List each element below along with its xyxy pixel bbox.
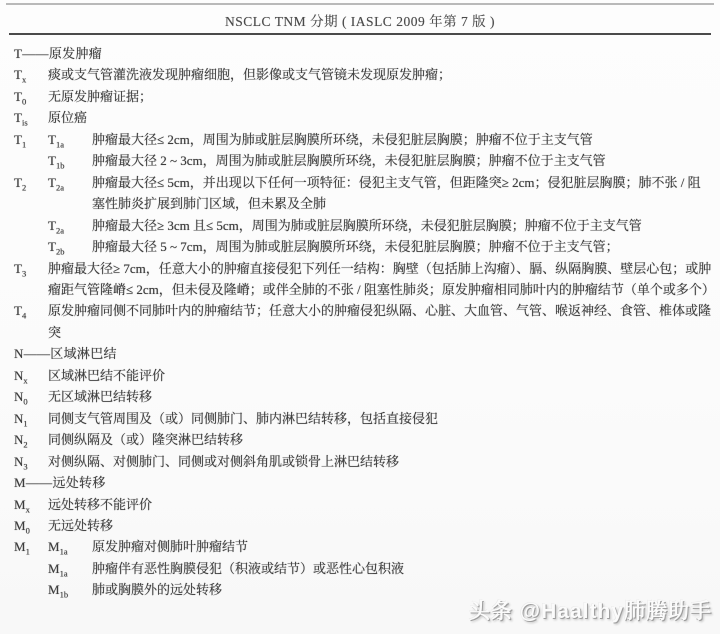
tnm-code-sub: 2 (22, 182, 26, 192)
tnm-code-sub: 3 (23, 461, 27, 471)
tnm-subcode: T2a (48, 215, 92, 236)
row-text: 肿瘤最大径≤ 2cm，周围为肺或脏层胸膜所环绕，未侵犯脏层胸膜；肿瘤不位于主支气… (92, 129, 712, 150)
tnm-code: T0 (14, 86, 48, 107)
tnm-subcode-sub: 1a (60, 568, 68, 578)
tnm-code-sub: is (22, 118, 28, 128)
tnm-code-sub: x (22, 75, 26, 85)
tnm-code: N1 (14, 408, 48, 429)
tnm-subcode-sub: 2a (56, 225, 64, 235)
tnm-code-sub: 1 (22, 139, 26, 149)
table-row: T4原发肿瘤同侧不同肺叶内的肿瘤结节；任意大小的肿瘤侵犯纵隔、心脏、大血管、气管… (14, 300, 712, 343)
section-row: M——远处转移 (14, 472, 712, 493)
tnm-subcode: T1b (48, 150, 92, 171)
tnm-code: T1 (14, 129, 48, 150)
row-text: 肿瘤最大径≤ 5cm，并出现以下任何一项特征：侵犯主支气管，但距隆突≥ 2cm；… (92, 172, 712, 215)
top-rule (6, 3, 714, 5)
row-text: 肿瘤最大径≥ 3cm 且≤ 5cm，周围为肺或脏层胸膜所环绕，未侵犯脏层胸膜；肿… (92, 215, 712, 236)
row-text: 原发肿瘤对侧肺叶肿瘤结节 (92, 536, 712, 557)
tnm-code-sub: 2 (23, 440, 27, 450)
tnm-subcode: T2a (48, 172, 92, 193)
tnm-code: Tis (14, 107, 48, 128)
section-row: N——区域淋巴结 (14, 343, 712, 364)
watermark: 头条 @Haalthy肺腾助手 (469, 595, 712, 625)
row-text: 肿瘤最大径 5 ~ 7cm，周围为肺或脏层胸膜所环绕，未侵犯脏层胸膜；肿瘤不位于… (92, 236, 712, 257)
tnm-subcode: T2b (48, 236, 92, 257)
table-row: N1同侧支气管周围及（或）同侧肺门、肺内淋巴结转移，包括直接侵犯 (14, 408, 712, 429)
row-text: 远处转移不能评价 (48, 494, 712, 515)
table-row: T1b肿瘤最大径 2 ~ 3cm，周围为肺或脏层胸膜所环绕，未侵犯脏层胸膜；肿瘤… (14, 150, 712, 171)
table-row: T0无原发肿瘤证据； (14, 86, 712, 107)
row-text: 无远处转移 (48, 515, 712, 536)
tnm-code: N2 (14, 429, 48, 450)
tnm-code-sub: 1 (23, 418, 27, 428)
tnm-subcode: M1b (48, 579, 92, 600)
row-text: 痰或支气管灌洗液发现肿瘤细胞，但影像或支气管镜未发现原发肿瘤； (48, 64, 712, 85)
table-row: T3肿瘤最大径≥ 7cm，任意大小的肿瘤直接侵犯下列任一结构：胸壁（包括肺上沟瘤… (14, 258, 712, 301)
table-row: T2b肿瘤最大径 5 ~ 7cm，周围为肺或脏层胸膜所环绕，未侵犯脏层胸膜；肿瘤… (14, 236, 712, 257)
table-row: Tx痰或支气管灌洗液发现肿瘤细胞，但影像或支气管镜未发现原发肿瘤； (14, 64, 712, 85)
tnm-code: Tx (14, 64, 48, 85)
tnm-subcode-sub: 1b (60, 590, 69, 600)
row-text: 同侧纵隔及（或）隆突淋巴结转移 (48, 429, 712, 450)
row-text: 同侧支气管周围及（或）同侧肺门、肺内淋巴结转移，包括直接侵犯 (48, 408, 712, 429)
row-text: 原发肿瘤同侧不同肺叶内的肿瘤结节；任意大小的肿瘤侵犯纵隔、心脏、大血管、气管、喉… (48, 300, 712, 343)
tnm-code: T2 (14, 172, 48, 193)
tnm-code: Nx (14, 365, 48, 386)
row-text: 肿瘤最大径≥ 7cm，任意大小的肿瘤直接侵犯下列任一结构：胸壁（包括肺上沟瘤）、… (48, 258, 712, 301)
tnm-subcode: T1a (48, 129, 92, 150)
tnm-code-sub: 0 (26, 526, 30, 536)
page-title: NSCLC TNM 分期 ( IASLC 2009 年第 7 版 ) (0, 10, 720, 30)
section-title: T——原发肿瘤 (14, 43, 712, 64)
row-text: 区域淋巴结不能评价 (48, 365, 712, 386)
section-title: M——远处转移 (14, 472, 712, 493)
table-row: M1M1a原发肿瘤对侧肺叶肿瘤结节 (14, 536, 712, 557)
tnm-code-sub: x (26, 504, 30, 514)
tnm-code-sub: 0 (23, 397, 27, 407)
table-row: Nx区域淋巴结不能评价 (14, 365, 712, 386)
row-text: 原位癌 (48, 107, 712, 128)
tnm-subcode-sub: 2b (56, 247, 65, 257)
row-text: 对侧纵隔、对侧肺门、同侧或对侧斜角肌或锁骨上淋巴结转移 (48, 451, 712, 472)
table-row: M1a肿瘤伴有恶性胸膜侵犯（积液或结节）或恶性心包积液 (14, 558, 712, 579)
row-text: 肿瘤伴有恶性胸膜侵犯（积液或结节）或恶性心包积液 (92, 558, 712, 579)
tnm-code: N0 (14, 386, 48, 407)
row-text: 肿瘤最大径 2 ~ 3cm，周围为肺或脏层胸膜所环绕，未侵犯脏层胸膜；肿瘤不位于… (92, 150, 712, 171)
table-row: Mx远处转移不能评价 (14, 494, 712, 515)
tnm-code-sub: 3 (22, 268, 26, 278)
tnm-subcode-sub: 1b (56, 161, 65, 171)
tnm-subcode: M1a (48, 558, 92, 579)
table-row: T1T1a肿瘤最大径≤ 2cm，周围为肺或脏层胸膜所环绕，未侵犯脏层胸膜；肿瘤不… (14, 129, 712, 150)
table-row: T2T2a肿瘤最大径≤ 5cm，并出现以下任何一项特征：侵犯主支气管，但距隆突≥… (14, 172, 712, 215)
tnm-subcode-sub: 1a (60, 547, 68, 557)
tnm-code-sub: x (23, 375, 27, 385)
section-row: T——原发肿瘤 (14, 43, 712, 64)
table-row: N3对侧纵隔、对侧肺门、同侧或对侧斜角肌或锁骨上淋巴结转移 (14, 451, 712, 472)
tnm-code: M1 (14, 536, 48, 557)
table-row: M0无远处转移 (14, 515, 712, 536)
tnm-subcode-sub: 2a (56, 182, 64, 192)
tnm-code: T4 (14, 300, 48, 321)
header-rule (9, 33, 711, 35)
tnm-code: T3 (14, 258, 48, 279)
table-row: T2a肿瘤最大径≥ 3cm 且≤ 5cm，周围为肺或脏层胸膜所环绕，未侵犯脏层胸… (14, 215, 712, 236)
row-text: 无区域淋巴结转移 (48, 386, 712, 407)
table-row: N0无区域淋巴结转移 (14, 386, 712, 407)
tnm-code-sub: 0 (22, 97, 26, 107)
table-body: T——原发肿瘤Tx痰或支气管灌洗液发现肿瘤细胞，但影像或支气管镜未发现原发肿瘤；… (14, 43, 712, 601)
tnm-code-sub: 1 (26, 547, 30, 557)
tnm-code: M0 (14, 515, 48, 536)
tnm-code: N3 (14, 451, 48, 472)
section-title: N——区域淋巴结 (14, 343, 712, 364)
tnm-subcode: M1a (48, 536, 92, 557)
tnm-code: Mx (14, 494, 48, 515)
scanned-document-page: NSCLC TNM 分期 ( IASLC 2009 年第 7 版 ) T——原发… (0, 0, 720, 634)
row-text: 无原发肿瘤证据； (48, 86, 712, 107)
tnm-subcode-sub: 1a (56, 139, 64, 149)
table-row: Tis原位癌 (14, 107, 712, 128)
table-row: N2同侧纵隔及（或）隆突淋巴结转移 (14, 429, 712, 450)
tnm-code-sub: 4 (22, 311, 26, 321)
